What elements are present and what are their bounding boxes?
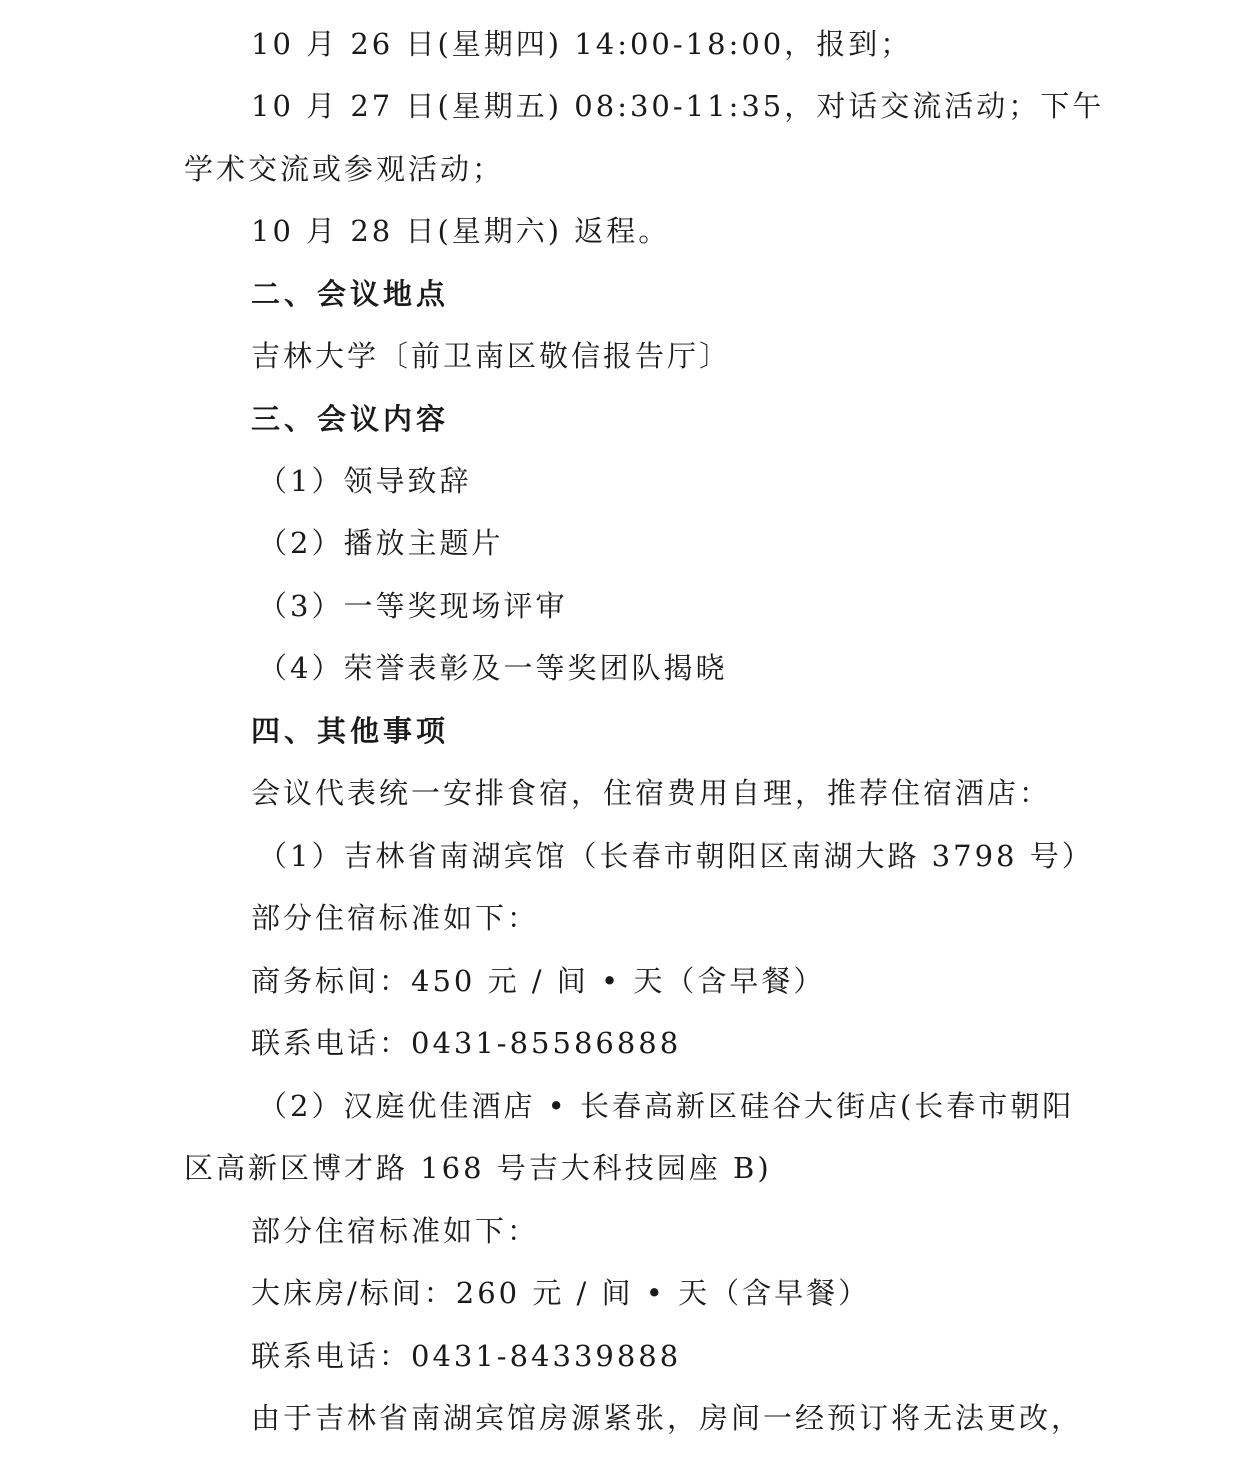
agenda-item: （2）播放主题片 (258, 525, 503, 561)
schedule-day1: 10 月 26 日(星期四) 14:00-18:00，报到； (251, 26, 912, 62)
hotel1-phone: 联系电话：0431-85586888 (251, 1025, 681, 1061)
section-heading-content: 三、会议内容 (251, 401, 449, 437)
venue-text: 吉林大学〔前卫南区敬信报告厅〕 (251, 338, 731, 374)
agenda-item: （3）一等奖现场评审 (258, 588, 567, 624)
accommodation-intro: 会议代表统一安排食宿，住宿费用自理，推荐住宿酒店： (251, 775, 1051, 811)
section-heading-other: 四、其他事项 (251, 713, 449, 749)
hotel2-name-continued: 区高新区博才路 168 号吉大科技园座 B) (184, 1150, 772, 1186)
schedule-day2-continued: 学术交流或参观活动； (184, 151, 504, 187)
schedule-day2: 10 月 27 日(星期五) 08:30-11:35，对话交流活动；下午 (251, 88, 1104, 124)
hotel1-rate: 商务标间：450 元 / 间 • 天（含早餐） (251, 963, 825, 999)
section-heading-venue: 二、会议地点 (251, 276, 449, 312)
hotel1-name: （1）吉林省南湖宾馆（长春市朝阳区南湖大路 3798 号） (258, 838, 1094, 874)
schedule-day3: 10 月 28 日(星期六) 返程。 (251, 213, 670, 249)
hotel2-standard-label: 部分住宿标准如下： (251, 1213, 539, 1249)
hotel2-rate: 大床房/标间：260 元 / 间 • 天（含早餐） (251, 1275, 870, 1311)
hotel2-phone: 联系电话：0431-84339888 (251, 1338, 681, 1374)
hotel1-standard-label: 部分住宿标准如下： (251, 900, 539, 936)
agenda-item: （4）荣誉表彰及一等奖团队揭晓 (258, 650, 727, 686)
hotel2-name: （2）汉庭优佳酒店 • 长春高新区硅谷大街店(长春市朝阳 (258, 1088, 1074, 1124)
agenda-item: （1）领导致辞 (258, 463, 471, 499)
booking-note: 由于吉林省南湖宾馆房源紧张，房间一经预订将无法更改， (251, 1400, 1083, 1436)
